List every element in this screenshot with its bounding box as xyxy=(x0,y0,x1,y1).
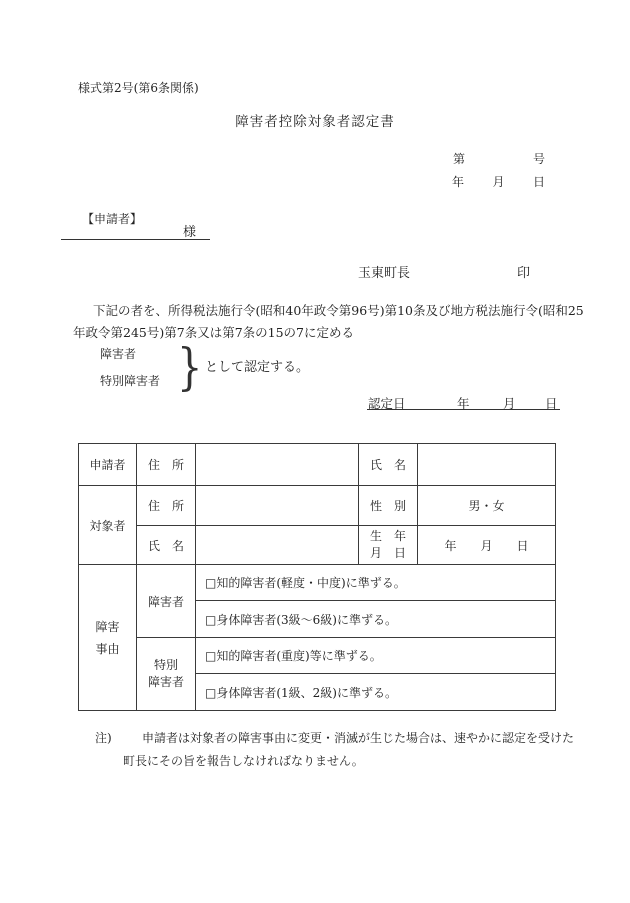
reason-item-row: □身体障害者(3級〜6級)に準ずる。 xyxy=(196,601,556,638)
applicant-address-label: 住 所 xyxy=(137,444,196,486)
subject-name-label: 氏 名 xyxy=(137,526,196,565)
applicant-name-underline xyxy=(61,239,210,240)
note-line-2: 町長にその旨を報告しなければなりません。 xyxy=(123,754,364,768)
applicant-section-label: 【申請者】 xyxy=(82,212,142,226)
doc-number-prefix: 第 xyxy=(453,152,465,166)
body-line-1: 下記の者を、所得税法施行令(昭和40年政令第96号)第10条及び地方税法施行令(… xyxy=(73,300,584,322)
cert-year-label: 年 xyxy=(457,394,470,412)
applicant-name-label: 氏 名 xyxy=(359,444,418,486)
issue-day-label: 日 xyxy=(533,175,545,189)
reason-item-text: 知的障害者(重度)等に準ずる。 xyxy=(216,649,381,663)
subject-birthdate-label: 生 年 月 日 xyxy=(359,526,418,565)
seal-label: 印 xyxy=(517,266,530,281)
issue-date-line: 年 月 日 xyxy=(452,175,545,189)
applicant-name-field xyxy=(418,444,556,486)
note-label: 注) xyxy=(95,731,112,745)
certification-date-line: 認定日 年 月 日 xyxy=(367,394,560,410)
subject-birthdate-value: 年 月 日 xyxy=(418,526,556,565)
certify-conclusion: として認定する。 xyxy=(205,360,309,375)
doc-number-suffix: 号 xyxy=(533,152,545,166)
form-number-note: 様式第2号(第6条関係) xyxy=(78,81,199,95)
subject-address-field xyxy=(196,486,359,526)
row-header-applicant: 申請者 xyxy=(79,444,137,486)
reason-item-text: 身体障害者(1級、2級)に準ずる。 xyxy=(216,686,397,700)
reason-item-row: □身体障害者(1級、2級)に準ずる。 xyxy=(196,674,556,711)
applicant-honorific: 様 xyxy=(183,225,196,240)
reason-header-line2: 事由 xyxy=(79,638,136,660)
row-header-reason: 障害 事由 xyxy=(79,565,137,711)
reason-item-row: □知的障害者(軽度・中度)に準ずる。 xyxy=(196,565,556,601)
form-table: 申請者 住 所 氏 名 対象者 住 所 性 別 男・女 氏 名 生 年 月 日 … xyxy=(78,443,556,711)
curly-brace-glyph: } xyxy=(177,344,202,390)
row-header-subject: 対象者 xyxy=(79,486,137,565)
cert-month-label: 月 xyxy=(503,394,516,412)
body-paragraph: 下記の者を、所得税法施行令(昭和40年政令第96号)第10条及び地方税法施行令(… xyxy=(73,300,584,344)
document-page: 様式第2号(第6条関係) 障害者控除対象者認定書 第 号 年 月 日 【申請者】… xyxy=(0,0,630,903)
mayor-name: 玉東町長 xyxy=(358,266,410,281)
birthdate-label-line1: 生 年 xyxy=(359,528,417,545)
checkbox-icon: □ xyxy=(205,686,216,700)
special-label-line2: 障害者 xyxy=(137,674,195,691)
special-label-line1: 特別 xyxy=(137,657,195,674)
checkbox-icon: □ xyxy=(205,576,216,590)
checkbox-icon: □ xyxy=(205,649,216,663)
reason-item-text: 知的障害者(軽度・中度)に準ずる。 xyxy=(216,576,405,590)
option-disabled-label: 障害者 xyxy=(100,347,136,361)
subject-address-label: 住 所 xyxy=(137,486,196,526)
certification-date-label: 認定日 xyxy=(368,394,406,412)
birthdate-label-line2: 月 日 xyxy=(359,545,417,562)
issue-month-label: 月 xyxy=(492,175,504,189)
subject-sex-label: 性 別 xyxy=(359,486,418,526)
reason-special-label: 特別 障害者 xyxy=(137,638,196,711)
issue-year-label: 年 xyxy=(452,175,464,189)
cert-day-label: 日 xyxy=(545,394,558,412)
body-line-2: 年政令第245号)第7条又は第7条の15の7に定める xyxy=(73,322,584,344)
doc-number-line: 第 号 xyxy=(453,152,545,166)
reason-disabled-label: 障害者 xyxy=(137,565,196,638)
option-special-label: 特別障害者 xyxy=(100,374,160,388)
subject-name-field xyxy=(196,526,359,565)
subject-sex-value: 男・女 xyxy=(418,486,556,526)
reason-item-text: 身体障害者(3級〜6級)に準ずる。 xyxy=(216,613,397,627)
checkbox-icon: □ xyxy=(205,613,216,627)
reason-header-line1: 障害 xyxy=(79,616,136,638)
page-title: 障害者控除対象者認定書 xyxy=(0,114,630,130)
note-line-1: 申請者は対象者の障害事由に変更・消滅が生じた場合は、速やかに認定を受けた xyxy=(142,731,574,745)
reason-item-row: □知的障害者(重度)等に準ずる。 xyxy=(196,638,556,674)
applicant-address-field xyxy=(196,444,359,486)
